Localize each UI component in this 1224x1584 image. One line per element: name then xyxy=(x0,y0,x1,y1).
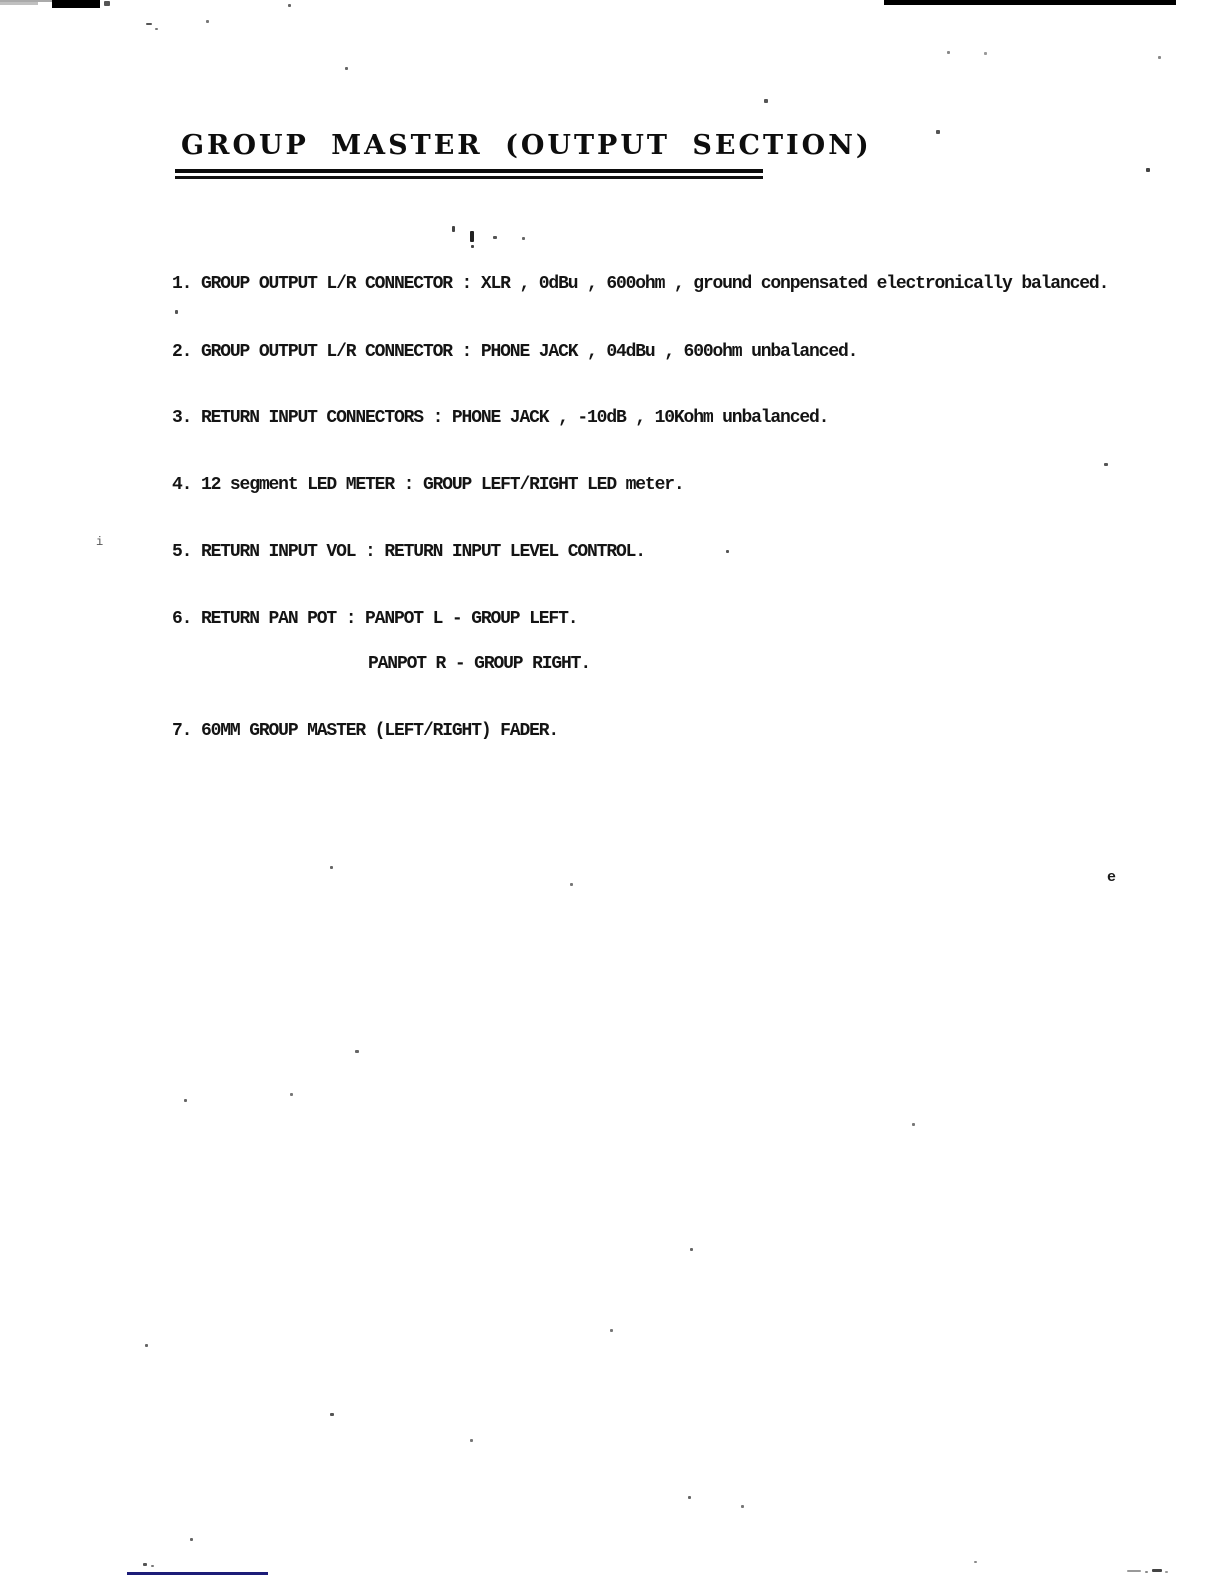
scan-speckle xyxy=(143,1563,147,1566)
scan-speckle xyxy=(936,130,940,134)
scan-speckle xyxy=(345,67,348,70)
scan-speckle xyxy=(1158,56,1161,59)
scan-speckle xyxy=(355,1050,359,1053)
title-underline-bottom xyxy=(175,176,763,179)
scan-speckle xyxy=(104,1,110,6)
scan-speckle xyxy=(974,1561,977,1563)
scan-speckle xyxy=(741,1505,744,1508)
scan-speckle xyxy=(471,245,474,248)
scan-speckle xyxy=(1145,1571,1148,1573)
title-underline xyxy=(175,169,763,179)
spec-item-4: 4. 12 segment LED METER : GROUP LEFT/RIG… xyxy=(172,475,684,496)
scan-speckle xyxy=(175,310,178,314)
scan-speckle xyxy=(1127,1570,1141,1572)
page-title: GROUP MASTER (OUTPUT SECTION) xyxy=(181,130,872,162)
scan-speckle xyxy=(184,1099,187,1102)
scan-speckle xyxy=(288,4,291,7)
scan-speckle xyxy=(151,1565,154,1567)
stray-ink-glyph-right: e xyxy=(1107,869,1116,886)
scan-speckle xyxy=(330,866,333,869)
scan-speckle xyxy=(290,1093,293,1096)
title-underline-top xyxy=(175,169,763,173)
scanned-document-page: GROUP MASTER (OUTPUT SECTION) 1. GROUP O… xyxy=(0,0,1224,1584)
scan-speckle xyxy=(764,99,768,103)
scan-speckle xyxy=(155,28,158,30)
scan-speckle xyxy=(146,23,152,25)
scan-speckle xyxy=(330,1413,334,1416)
scan-speckle xyxy=(1104,463,1108,466)
scan-speckle xyxy=(452,226,455,232)
scan-speckle xyxy=(570,883,573,886)
spec-item-5: 5. RETURN INPUT VOL : RETURN INPUT LEVEL… xyxy=(172,542,645,563)
spec-item-1: 1. GROUP OUTPUT L/R CONNECTOR : XLR , 0d… xyxy=(172,274,1108,295)
scan-edge-mark-top-right-sub xyxy=(0,2,38,5)
scan-speckle xyxy=(610,1329,613,1332)
scan-speckle xyxy=(470,1439,473,1442)
scan-speckle xyxy=(947,51,950,54)
scan-speckle xyxy=(145,1344,148,1347)
scan-speckle xyxy=(690,1248,693,1251)
scan-speckle xyxy=(1152,1569,1162,1572)
scan-speckle xyxy=(190,1538,193,1541)
scan-speckle xyxy=(688,1496,691,1499)
stray-ink-glyph-left: i xyxy=(96,535,103,549)
bottom-rule-blue xyxy=(127,1572,268,1575)
spec-item-7: 7. 60MM GROUP MASTER (LEFT/RIGHT) FADER. xyxy=(172,721,558,742)
section-title-block: GROUP MASTER (OUTPUT SECTION) xyxy=(181,130,872,162)
scan-speckle xyxy=(1165,1571,1168,1573)
scan-speckle xyxy=(1146,168,1150,172)
scan-speckle xyxy=(984,52,987,55)
spec-item-6: 6. RETURN PAN POT : PANPOT L - GROUP LEF… xyxy=(172,609,577,630)
spec-item-6-continuation: PANPOT R - GROUP RIGHT. xyxy=(368,654,590,675)
scan-speckle xyxy=(470,231,474,242)
scan-speckle xyxy=(493,236,497,239)
scan-speckle xyxy=(206,20,209,23)
spec-item-3: 3. RETURN INPUT CONNECTORS : PHONE JACK … xyxy=(172,408,828,429)
scan-speckle xyxy=(912,1123,915,1126)
scan-edge-mark-top-left xyxy=(52,0,100,8)
scan-speckle xyxy=(522,237,525,240)
spec-item-2: 2. GROUP OUTPUT L/R CONNECTOR : PHONE JA… xyxy=(172,342,857,363)
scan-edge-mark-top-right xyxy=(884,0,1176,5)
scan-speckle xyxy=(726,550,729,553)
